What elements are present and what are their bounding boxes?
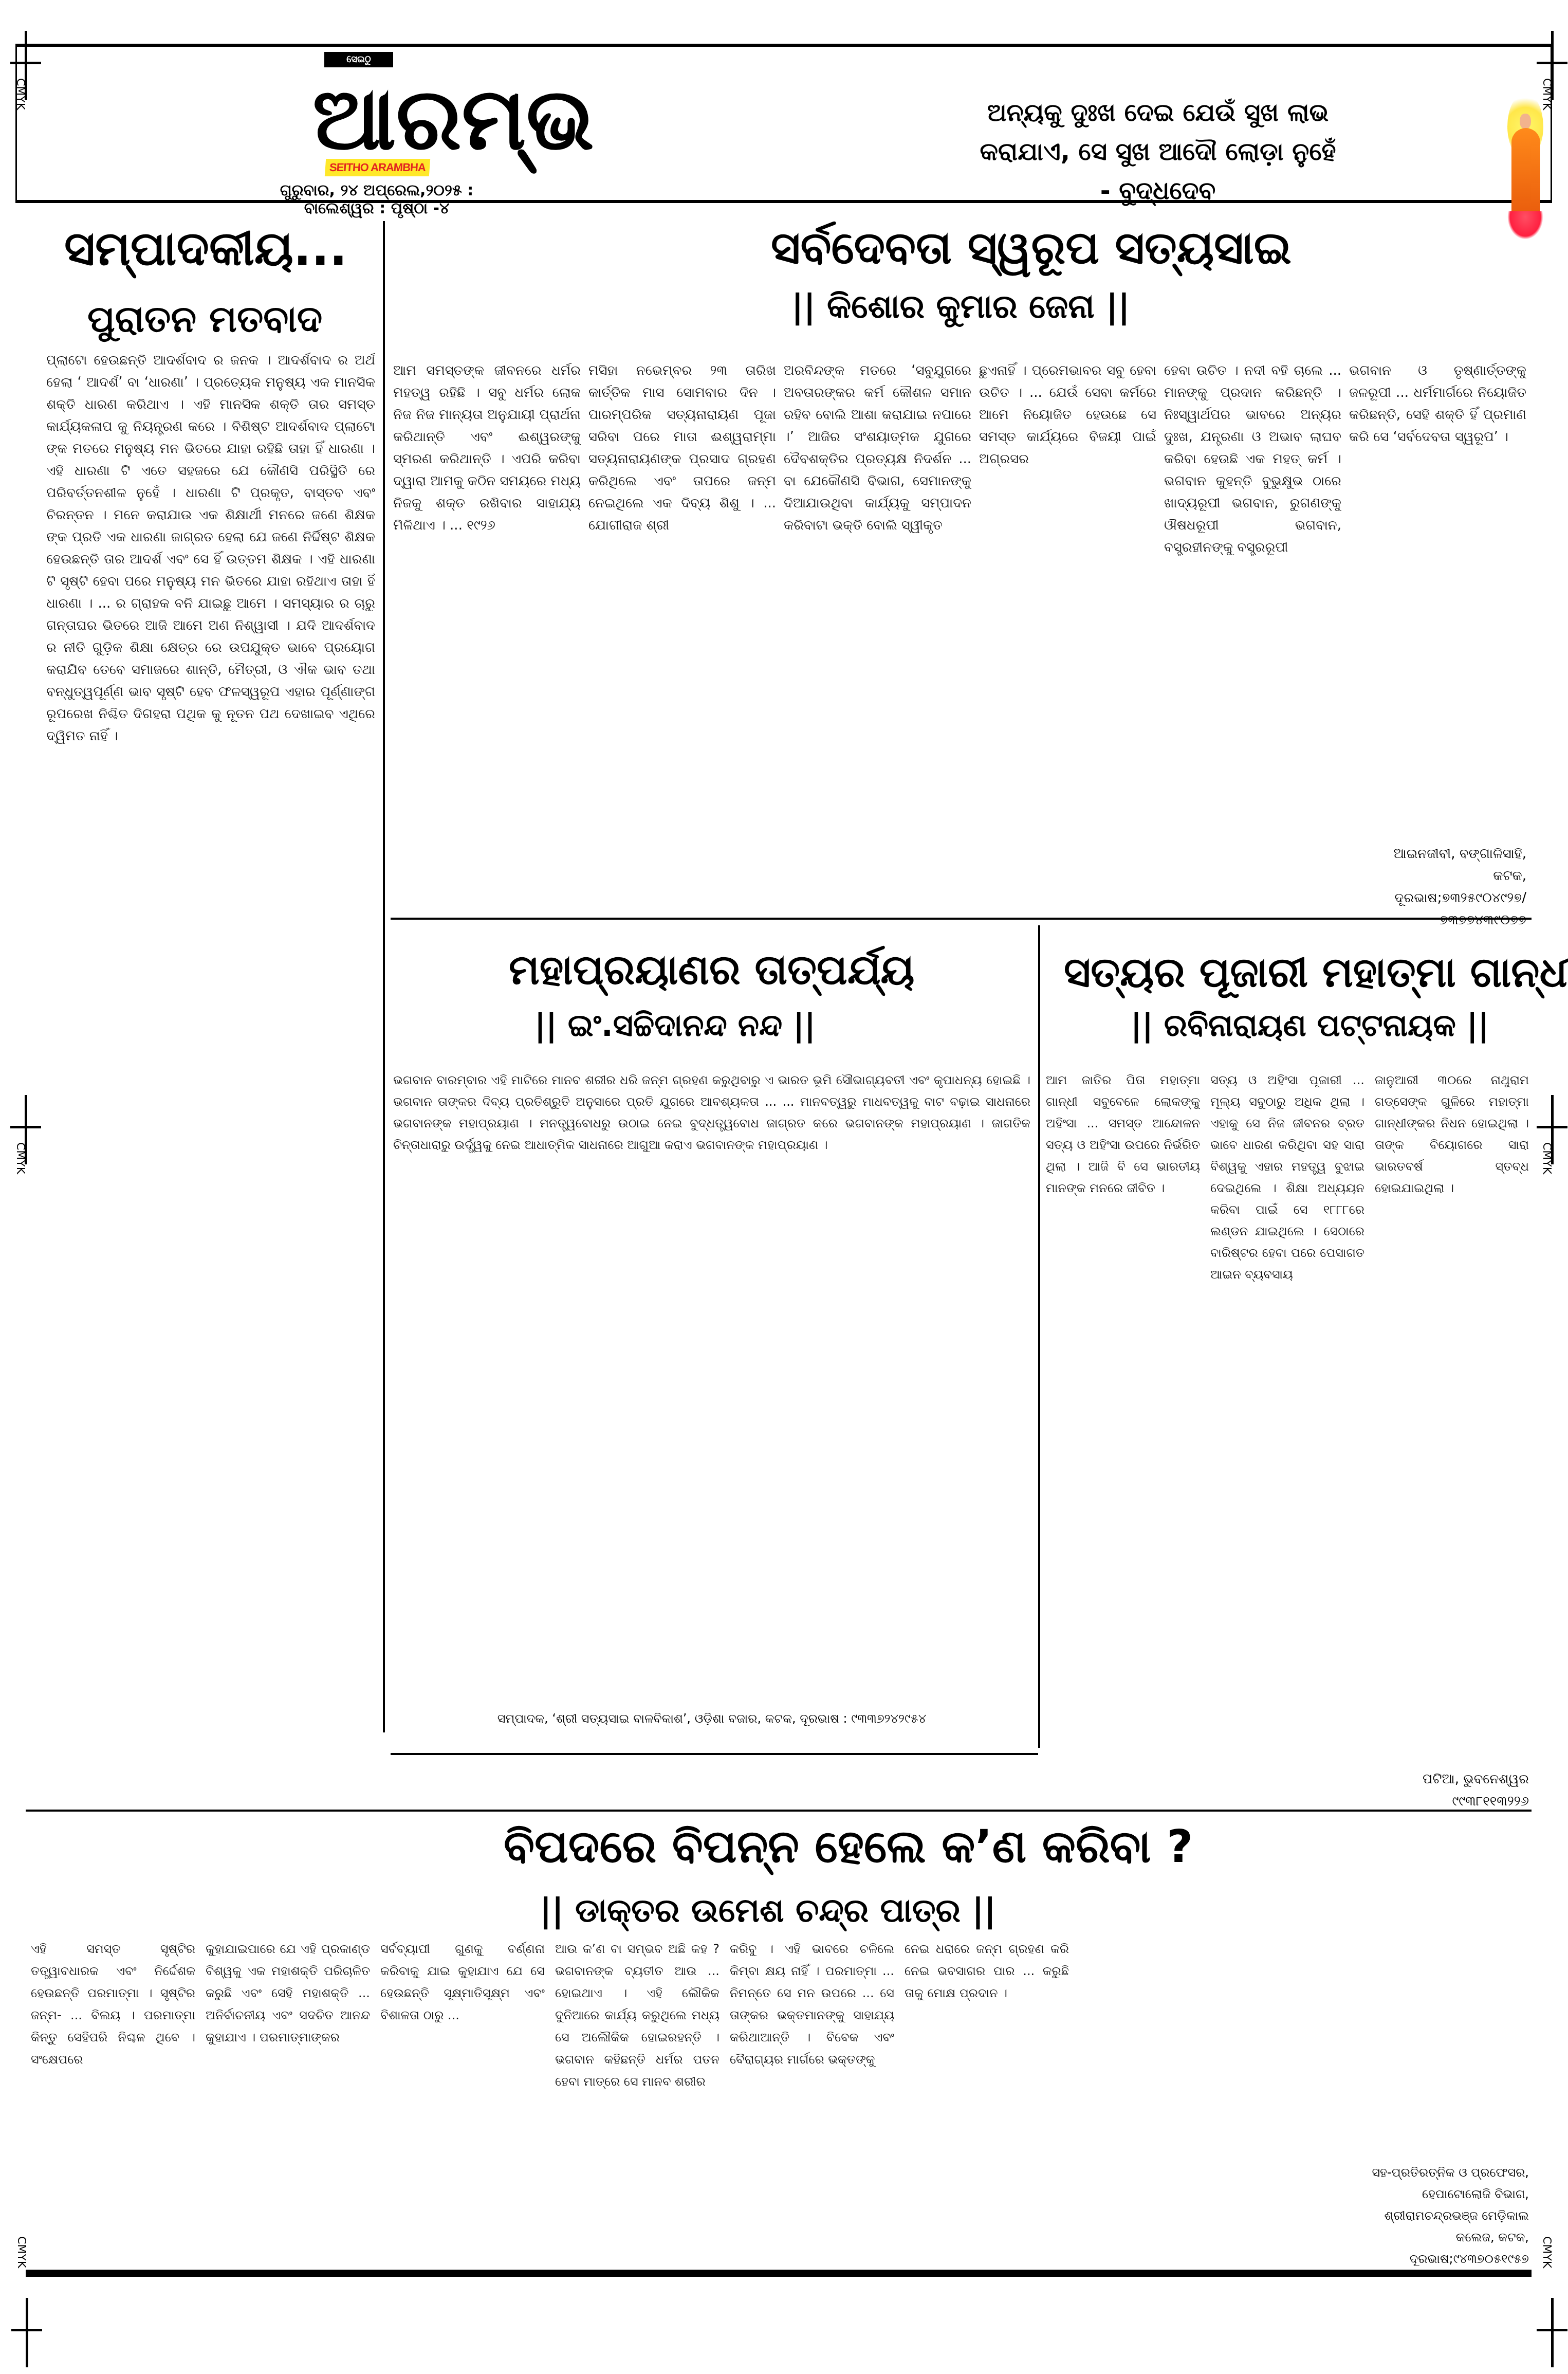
article-column-5: ହେବା ଉଚିତ । ନଦୀ ବହି ଚାଲେ ... ମାନଙ୍କୁ ପ୍ର…	[1164, 360, 1341, 910]
article-byline: || ରବିନାରାୟଣ ପଟ୍ଟନାୟକ ||	[1131, 1008, 1489, 1044]
page-bottom-rule	[26, 2270, 1532, 2277]
article-column-1: ଏହି ସମସ୍ତ ସୃଷ୍ଟିର ତତ୍ତ୍ୱାବଧାରକ ଏବଂ ନିର୍ଦ…	[31, 1938, 195, 2257]
article-headline: ସତ୍ୟର ପୂଜାରୀ ମହାତ୍ମା ଗାନ୍ଧୀ	[1064, 948, 1568, 997]
logo-tagline: SEITHO ARAMBHA	[325, 159, 430, 176]
editorial-body: ପ୍ଲାଟୋ ହେଉଛନ୍ତି ଆଦର୍ଶବାଦ ର ଜନକ । ଆଦର୍ଶବା…	[46, 350, 375, 1774]
article-column-6: ଭଗବାନ ଓ ତୃଷ୍ଣାର୍ତ୍ତଙ୍କୁ ଜଳରୂପୀ ... ଧର୍ମମ…	[1349, 360, 1526, 730]
registration-mark-bottom-left: CMYK	[11, 2236, 42, 2374]
article-column-3: ଜାନୁଆରୀ ୩୦ରେ ନାଥୁରାମ ଗଡ୍‌ସେଙ୍କ ଗୁଳିରେ ମହ…	[1375, 1069, 1529, 1702]
article-column-3: ଅରବିନ୍ଦଙ୍କ ମତରେ ‘ସବୁଯୁଗରେ ଅବତାରଙ୍କର କର୍ମ…	[784, 360, 971, 910]
article-byline: || ଡାକ୍ତର ଉମେଶ ଚନ୍ଦ୍ର ପାତ୍ର ||	[540, 1892, 996, 1930]
article-headline: ମହାପ୍ରୟାଣର ତାତ୍ପର୍ଯ୍ୟ	[509, 946, 915, 994]
author-title: ସହ-ପ୍ରତିରତ୍ନିକ ଓ ପ୍ରଫେସର,	[1362, 2162, 1529, 2183]
buddha-image-icon	[1507, 93, 1543, 242]
article-column-6: ନେଇ ଧରାରେ ଜନ୍ମ ଗ୍ରହଣ କରି ନେଇ ଭବସାଗର ପାର …	[905, 1938, 1069, 2257]
cmyk-label: CMYK	[1542, 1142, 1552, 1174]
author-signature: ସମ୍ପାଦକ, ‘ଶ୍ରୀ ସତ୍ୟସାଇ ବାଳବିକାଶ’, ଓଡ଼ିଶା…	[393, 1708, 1030, 1730]
author-department: ହେପାଟୋଲୋଜି ବିଭାଗ,	[1362, 2183, 1529, 2205]
author-city: କଟକ,	[1349, 865, 1526, 887]
logo-top-strip: ସେଇଠୁ	[324, 52, 393, 67]
article-body: ଭଗବାନ ବାରମ୍ବାର ଏହି ମାଟିରେ ମାନବ ଶରୀର ଧରି …	[393, 1069, 1030, 1702]
section-divider	[391, 1753, 1038, 1755]
quote-line-1: ଅନ୍ୟକୁ ଦୁଃଖ ଦେଇ ଯେଉଁ ସୁଖ ଲାଭ	[870, 93, 1446, 132]
author-institution: ଶ୍ରୀରାମଚନ୍ଦ୍ରଭଞ୍ଜ ମେଡ଼ିକାଲ	[1362, 2205, 1529, 2226]
author-signature: ପଟିଆ, ଭୁବନେଶ୍ୱର ୯୯୩୮୧୧୩୨୨୬	[1375, 1768, 1529, 1813]
quote-box: ଅନ୍ୟକୁ ଦୁଃଖ ଦେଇ ଯେଉଁ ସୁଖ ଲାଭ କରାଯାଏ, ସେ …	[870, 93, 1446, 210]
article-headline: ବିପଦରେ ବିପନ୍ନ ହେଲେ କ’ଣ କରିବା ?	[504, 1820, 1193, 1874]
article-column-2: ମସିହା ନଭେମ୍ବର ୨୩ ତାରିଖ କାର୍ତ୍ତିକ ମାସ ସୋମ…	[588, 360, 776, 910]
author-phone: ଦୂରଭାଷ;୭୩୨୫୯୦୪୯୨୭/	[1349, 887, 1526, 909]
cmyk-label: CMYK	[15, 1142, 26, 1174]
cmyk-label: CMYK	[16, 2236, 27, 2268]
article-column-1: ଆମ ସମସ୍ତଙ୍କ ଜୀବନରେ ଧର୍ମର ମହତ୍ୱ ରହିଛି । ସ…	[393, 360, 581, 910]
article-column-2: ସତ୍ୟ ଓ ଅହିଂସା ପୂଜାରୀ ... ମୂଲ୍ୟ ସବୁଠାରୁ ଅ…	[1210, 1069, 1364, 1779]
article-column-4: ଛୁଏନାହିଁ । ପ୍ରେମଭାବର ସବୁ ହେବା ଉଚିତ । ...…	[979, 360, 1156, 910]
article-column-5: କରିବୁ । ଏହି ଭାବରେ ଚଳିଲେ କିମ୍ବା କ୍ଷୟ ନାହି…	[730, 1938, 894, 2257]
section-divider	[391, 918, 1532, 920]
editorial-section-title: ସମ୍ପାଦକୀୟ...	[64, 221, 347, 277]
article-headline: ସର୍ବଦେବତା ସ୍ୱରୂପ ସତ୍ୟସାଇ	[771, 221, 1292, 275]
registration-mark-mid-left: CMYK	[10, 1095, 41, 1234]
registration-mark-bottom-right: CMYK	[1537, 2236, 1567, 2374]
article-column-4: ଆଉ କ’ଣ ବା ସମ୍ଭବ ଅଛି କହ ? ଭଗବାନଙ୍କ ବ୍ୟତୀତ…	[555, 1938, 720, 2257]
author-address: ଆଇନଜୀବୀ, ବଙ୍ଗାଳିସାହି,	[1349, 843, 1526, 865]
registration-mark-mid-right: CMYK	[1537, 1095, 1567, 1234]
section-divider	[26, 1810, 1532, 1812]
article-byline: || କିଶୋର କୁମାର ଜେନା ||	[791, 288, 1130, 326]
column-divider	[383, 221, 385, 1732]
author-city: କଲେଜ, କଟକ,	[1362, 2226, 1529, 2248]
article-column-3: ସର୍ବବ୍ୟାପୀ ଗୁଣକୁ ବର୍ଣ୍ଣନା କରିବାକୁ ଯାଇ କୁ…	[380, 1938, 545, 2257]
article-byline: || ଇଂ.ସଚ୍ଚିଦାନନ୍ଦ ନନ୍ଦ ||	[534, 1008, 816, 1044]
article-column-2: କୁହାଯାଇପାରେ ଯେ ଏହି ପ୍ରକାଣ୍ଡ ବିଶ୍ୱକୁ ଏକ ମ…	[206, 1938, 370, 2257]
cmyk-label: CMYK	[1542, 2236, 1552, 2268]
dateline: ଗୁରୁବାର, ୨୪ ଅପ୍ରେଲ,୨୦୨୫ : ବାଲେଶ୍ୱର : ପୃଷ…	[248, 181, 505, 217]
author-phone-2: ୭୩୭୭୪୩୯୦୭୭	[1349, 909, 1526, 932]
author-address: ପଟିଆ, ଭୁବନେଶ୍ୱର	[1375, 1768, 1529, 1791]
masthead: ସେଇଠୁ ଆରମ୍ଭ SEITHO ARAMBHA ଗୁରୁବାର, ୨୪ ଅ…	[15, 44, 1552, 203]
author-signature: ସହ-ପ୍ରତିରତ୍ନିକ ଓ ପ୍ରଫେସର, ହେପାଟୋଲୋଜି ବିଭ…	[1362, 2162, 1529, 2270]
author-phone: ଦୂରଭାଷ;୯୪୩୭୦୫୧୯୫୭	[1362, 2248, 1529, 2270]
quote-author: - ବୁଦ୍ଧଦେବ	[870, 171, 1446, 210]
article-column-1: ଆମ ଜାତିର ପିତା ମହାତ୍ମା ଗାନ୍ଧୀ ସବୁବେଳେ ଲୋକ…	[1046, 1069, 1200, 1748]
quote-line-2: କରାଯାଏ, ସେ ସୁଖ ଆଦୌ ଲୋଡ଼ା ନୁହେଁ	[870, 132, 1446, 171]
editorial-headline: ପୁରାତନ ମତବାଦ	[87, 297, 322, 341]
column-divider	[1038, 925, 1040, 1748]
